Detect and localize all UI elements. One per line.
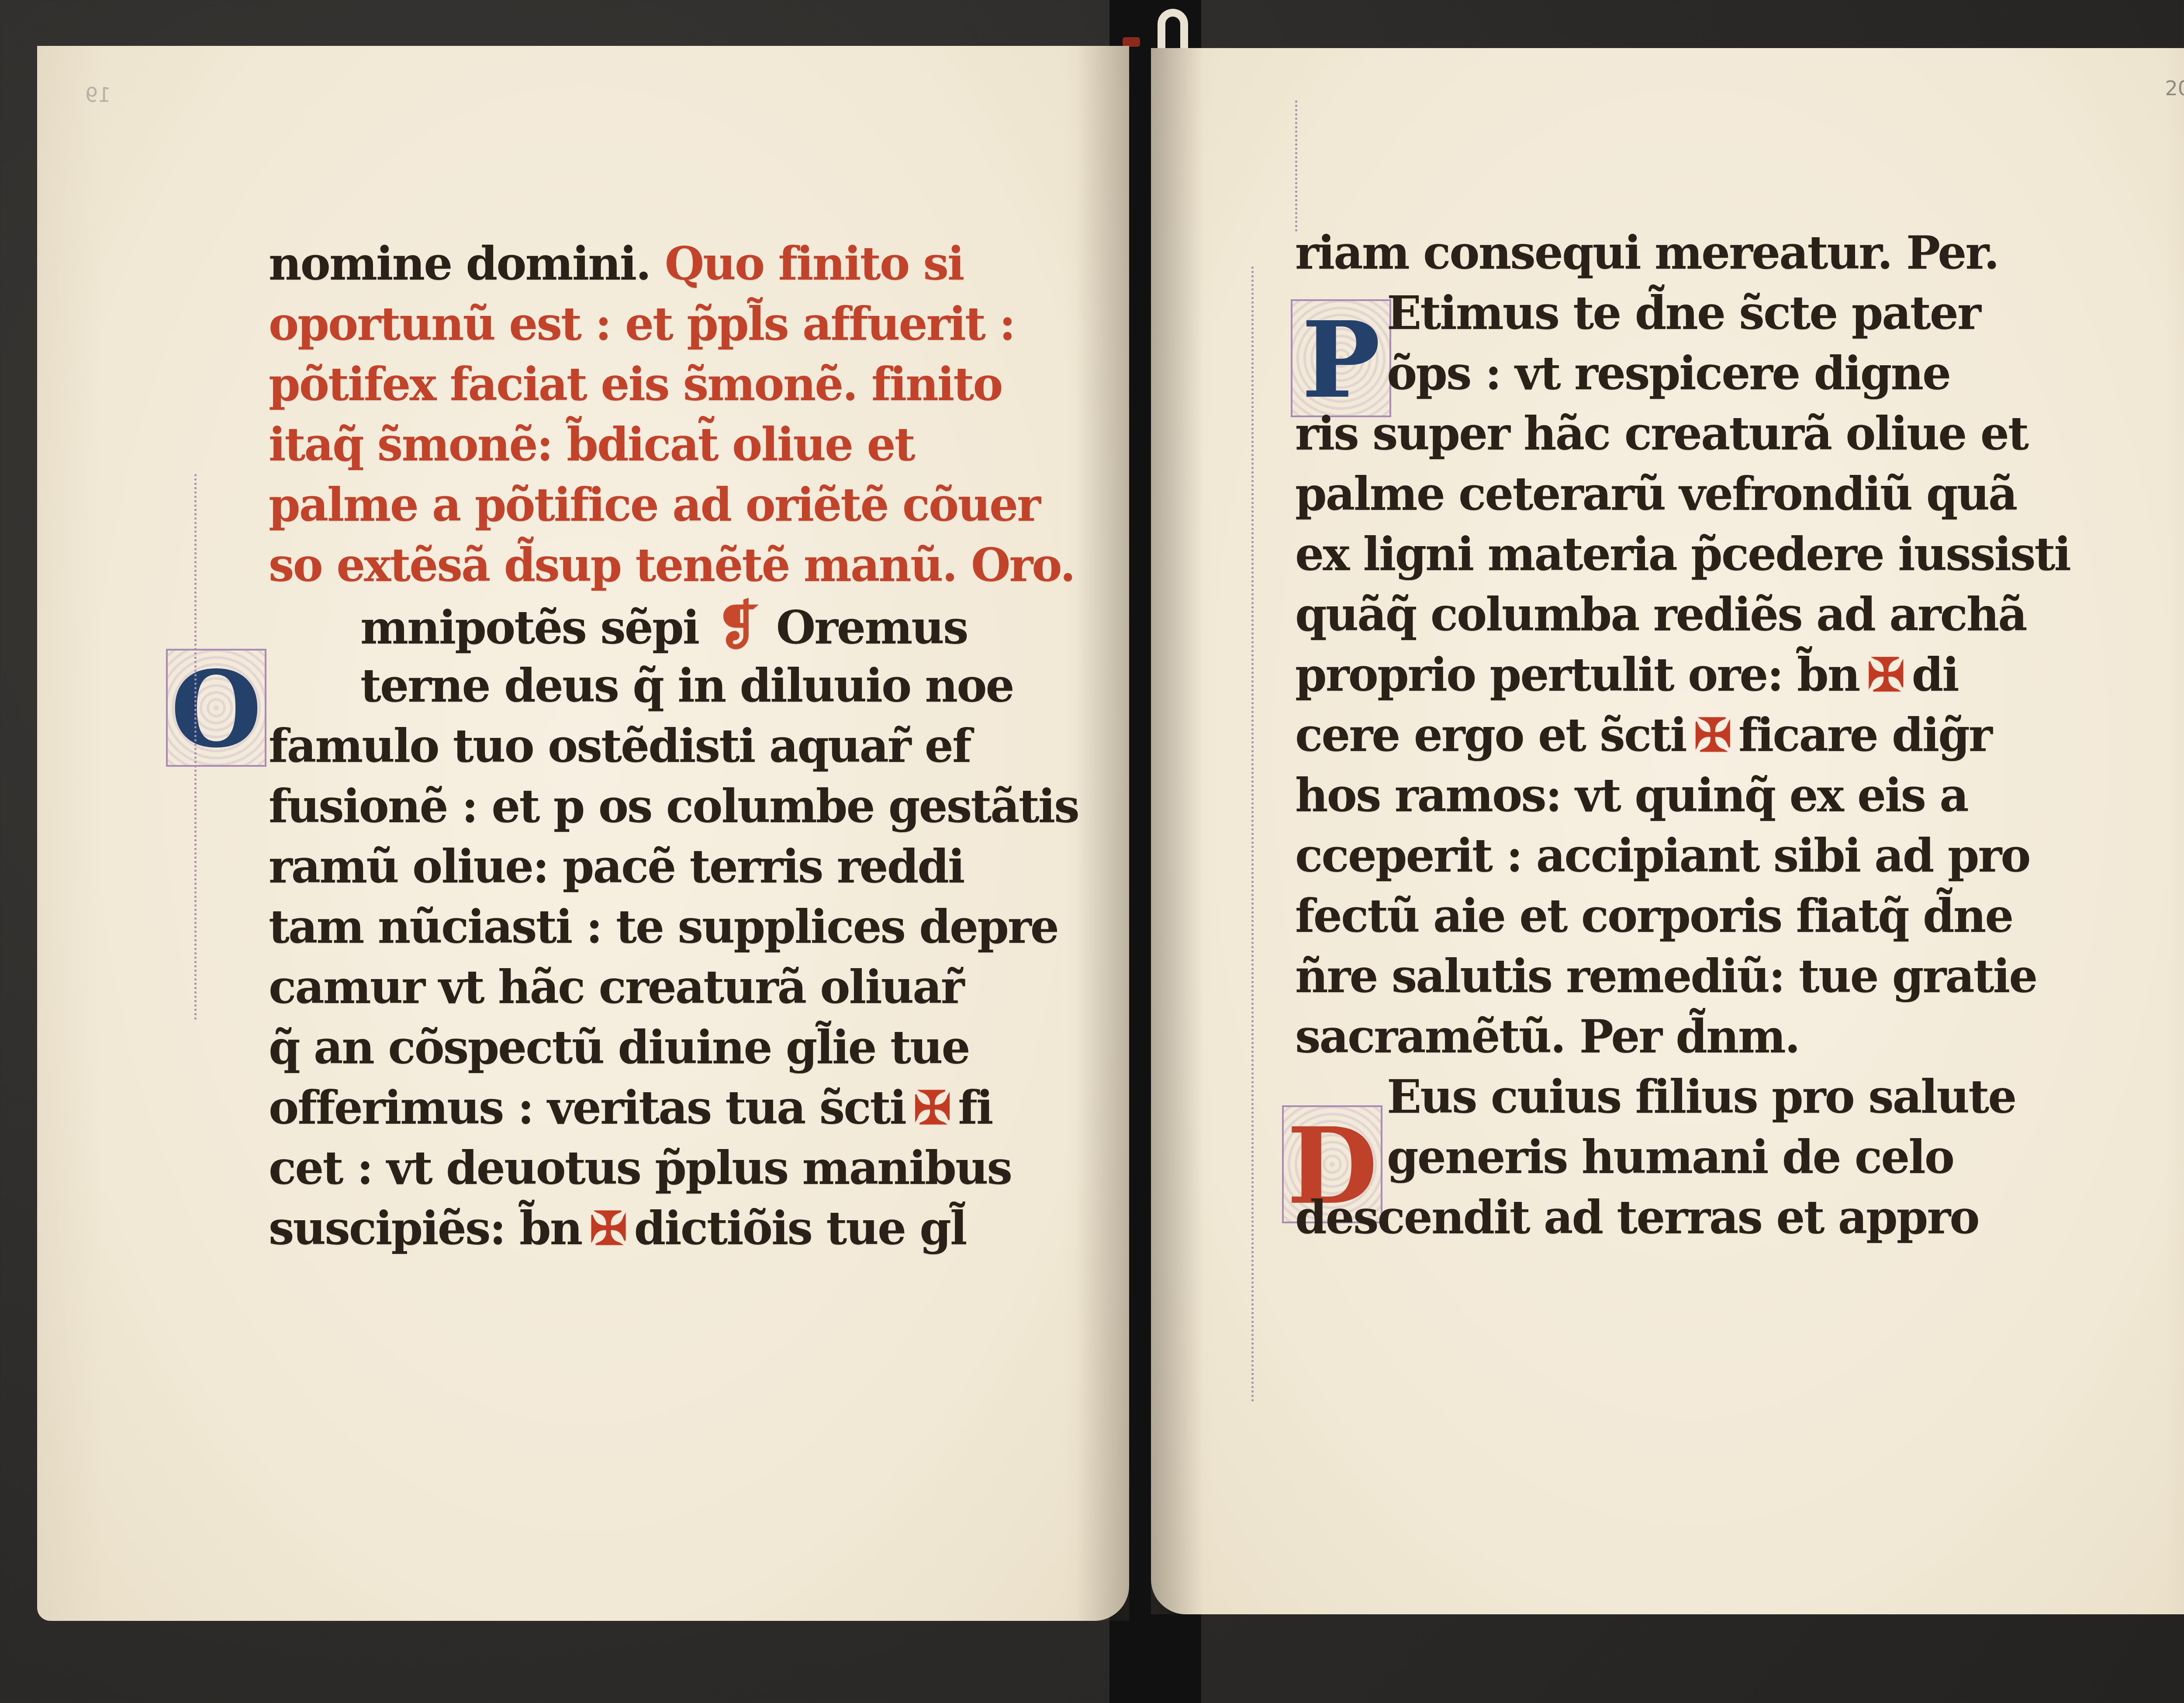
gutter-shadow (1077, 46, 1129, 1621)
body-text: proprio pertulit ore: b̃n (1295, 648, 1859, 702)
text-line: descendit ad terras et appro (1295, 1187, 2081, 1248)
body-text: descendit ad terras et appro (1295, 1191, 1979, 1244)
text-line: ex ligni materia p̃cedere iussisti (1295, 524, 2081, 585)
body-text: ris super hãc creaturã oliue et (1295, 407, 2028, 460)
red-cross-icon: ✠ (913, 1078, 950, 1138)
body-text: õps : vt respicere digne (1387, 346, 1950, 400)
pen-flourish-margin (1251, 267, 1254, 1402)
red-cross-icon: ✠ (1694, 705, 1731, 765)
body-text: terne deus q̃ in diluuio noe (360, 659, 1013, 713)
decorated-initial-o: O (166, 649, 266, 767)
text-line: itaq̃ s̃monẽ: b̃dicat̃ oliue et (269, 415, 1046, 475)
body-text: quãq̃ columba rediẽs ad archã (1295, 588, 2026, 641)
text-line: palme a põtifice ad oriẽtẽ cõuer (269, 475, 1046, 535)
text-line: cceperit : accipiant sibi ad pro (1295, 826, 2081, 886)
body-text: ramũ oliue: pacẽ terris reddi (269, 840, 964, 893)
body-text: hos ramos: vt quinq̃ ex eis a (1295, 768, 1968, 822)
red-cross-icon: ✠ (589, 1198, 626, 1259)
text-line: fusionẽ : et p os columbe gestãtis (269, 776, 1046, 837)
capitulum-mark-icon: ❡ (716, 595, 759, 656)
body-text: Eus cuius filius pro salute (1387, 1070, 2015, 1124)
body-text: ñre salutis remediũ: tue gratie (1295, 949, 2036, 1003)
text-line: camur vt hãc creaturã oliuar̃ (269, 957, 1046, 1018)
body-text: cere ergo et s̃cti (1295, 708, 1686, 762)
right-page: 20 P D riam consequi mereatur. Per.Etimu… (1151, 48, 2184, 1614)
body-text: di (1911, 648, 1958, 702)
text-line: terne deus q̃ in diluuio noe (269, 656, 1046, 716)
red-endband (1123, 37, 1140, 47)
text-line: Etimus te d̃ne s̃cte pater (1295, 283, 2081, 343)
body-text: fusionẽ : et p os columbe gestãtis (269, 779, 1078, 833)
right-text-block: riam consequi mereatur. Per.Etimus te d̃… (1295, 223, 2081, 1248)
body-text: palme ceterarũ vefrondiũ quã (1295, 467, 2016, 521)
body-text: sacramẽtũ. Per d̃nm. (1295, 1010, 1799, 1063)
rubric-text: Quo finito si (665, 237, 964, 291)
body-text: tam nũciasti : te supplices depre (269, 900, 1058, 954)
body-text: cceperit : accipiant sibi ad pro (1295, 829, 2030, 883)
body-text: mnipotẽs sẽpi (360, 601, 698, 654)
text-line: õps : vt respicere digne (1295, 343, 2081, 404)
folio-number-right: 20 (2165, 76, 2184, 100)
text-line: cet : vt deuotus p̃plus manibus (269, 1138, 1046, 1198)
body-text: ficare dig̃r (1738, 708, 1991, 762)
left-text-block: nomine domini. Quo finito sioportunũ es… (269, 234, 1046, 1259)
text-line: nomine domini. Quo finito si (269, 234, 1046, 294)
rubric-text: itaq̃ s̃monẽ: b̃dicat̃ oliue et (269, 418, 914, 471)
rubric-text: oportunũ est : et p̃pl̃s affuerit : (269, 297, 1015, 351)
body-text: fectũ aie et corporis fiatq̃ d̃ne (1295, 889, 2013, 943)
text-line: cere ergo et s̃cti✠ficare dig̃r (1295, 705, 2081, 765)
body-text: dictiõis tue gl̃ (634, 1201, 966, 1255)
text-line: riam consequi mereatur. Per. (1295, 223, 2081, 283)
body-text: Oremus (776, 601, 968, 654)
text-line: proprio pertulit ore: b̃n✠di (1295, 645, 2081, 705)
body-text: offerimus : veritas tua s̃cti (269, 1081, 905, 1135)
red-cross-icon: ✠ (1867, 645, 1904, 705)
text-line: ramũ oliue: pacẽ terris reddi (269, 837, 1046, 897)
text-line: põtifex faciat eis s̃monẽ. finito (269, 354, 1046, 415)
text-line: mnipotẽs sẽpi❡Oremus (269, 595, 1046, 656)
folio-number-left: 19 (85, 83, 111, 107)
text-line: sacramẽtũ. Per d̃nm. (1295, 1007, 2081, 1067)
rubric-text: põtifex faciat eis s̃monẽ. finito (269, 357, 1002, 411)
rubric-text: palme a põtifice ad oriẽtẽ cõuer (269, 478, 1040, 532)
left-page: 19 O nomine domini. Quo finito sioportun… (37, 46, 1129, 1621)
body-text: q̃ an cõspectũ diuine gl̃ie tue (269, 1021, 969, 1074)
text-line: so extẽsã d̃sup tenẽtẽ manũ. Oro. (269, 535, 1046, 595)
text-line: fectũ aie et corporis fiatq̃ d̃ne (1295, 886, 2081, 946)
binding-thread (1158, 9, 1188, 52)
body-text: nomine domini. (269, 237, 665, 291)
text-line: palme ceterarũ vefrondiũ quã (1295, 464, 2081, 524)
body-text: suscipiẽs: b̃n (269, 1201, 581, 1255)
text-line: famulo tuo ostẽdisti aquar̃ ef (269, 716, 1046, 776)
body-text: ex ligni materia p̃cedere iussisti (1295, 527, 2070, 581)
text-line: ris super hãc creaturã oliue et (1295, 404, 2081, 464)
text-line: hos ramos: vt quinq̃ ex eis a (1295, 765, 2081, 826)
body-text: fi (958, 1081, 992, 1135)
text-line: ñre salutis remediũ: tue gratie (1295, 946, 2081, 1007)
text-line: offerimus : veritas tua s̃cti✠fi (269, 1078, 1046, 1138)
body-text: riam consequi mereatur. Per. (1295, 226, 1998, 280)
pen-flourish-top (1295, 100, 1297, 232)
body-text: camur vt hãc creaturã oliuar̃ (269, 960, 963, 1014)
body-text: cet : vt deuotus p̃plus manibus (269, 1141, 1011, 1195)
text-line: suscipiẽs: b̃n✠dictiõis tue gl̃ (269, 1198, 1046, 1259)
body-text: Etimus te d̃ne s̃cte pater (1387, 286, 1980, 340)
body-text: famulo tuo ostẽdisti aquar̃ ef (269, 719, 971, 773)
text-line: tam nũciasti : te supplices depre (269, 897, 1046, 957)
gutter-shadow (1151, 48, 1203, 1614)
rubric-text: so extẽsã d̃sup tenẽtẽ manũ. Oro. (269, 538, 1075, 592)
text-line: quãq̃ columba rediẽs ad archã (1295, 585, 2081, 645)
pen-flourish-left (194, 474, 197, 1020)
text-line: oportunũ est : et p̃pl̃s affuerit : (269, 294, 1046, 354)
body-text: generis humani de celo (1387, 1130, 1953, 1184)
text-line: generis humani de celo (1295, 1127, 2081, 1187)
text-line: q̃ an cõspectũ diuine gl̃ie tue (269, 1018, 1046, 1078)
text-line: Eus cuius filius pro salute (1295, 1067, 2081, 1127)
